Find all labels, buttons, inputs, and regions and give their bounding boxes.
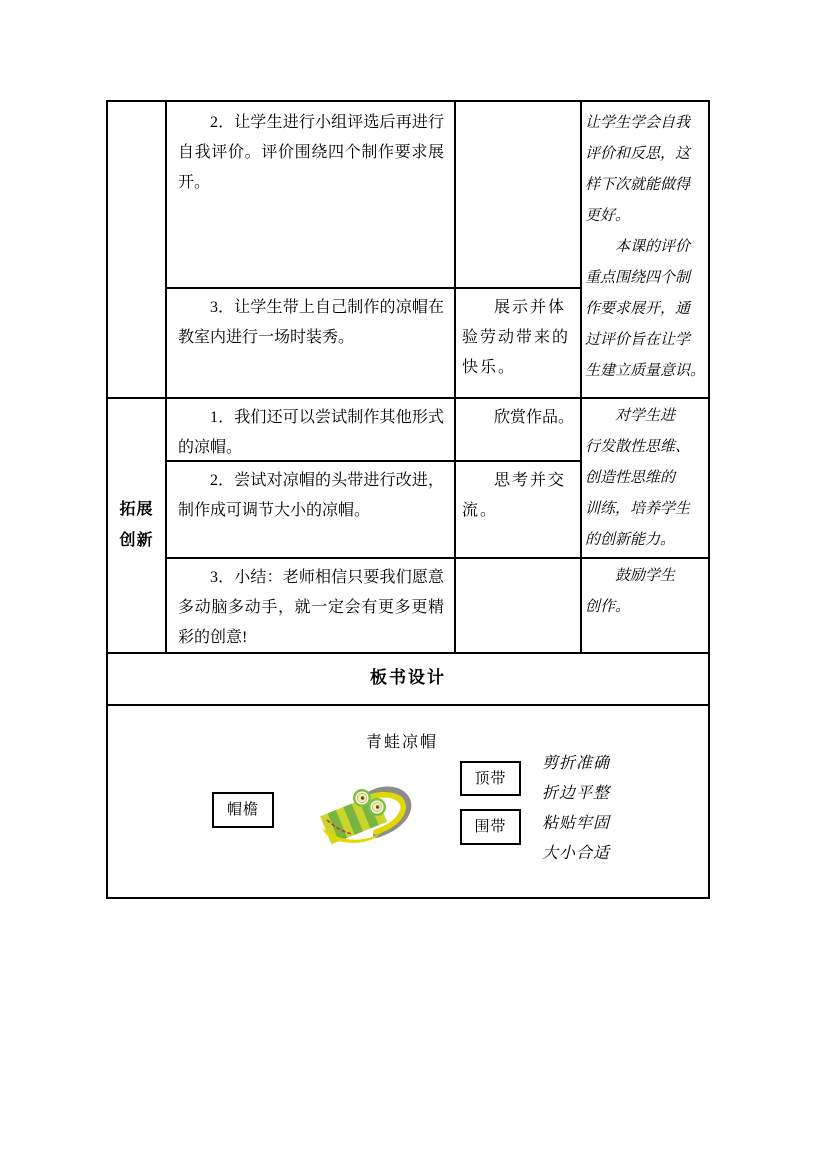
- section-header-expand-innovate: 拓展 创新: [108, 397, 165, 652]
- frog-hat-illustration: [318, 776, 420, 846]
- teaching-activity-fashion-show: 3．让学生带上自己制作的凉帽在教室内进行一场时装秀。: [166, 287, 454, 397]
- teaching-activity-improve-band: 2．尝试对凉帽的头带进行改进，制作成可调节大小的凉帽。: [166, 460, 454, 557]
- design-intent-creative-thinking: 对学生进 行发散性思维、 创造性思维的 训练，培养学生 的创新能力。: [581, 397, 708, 557]
- teaching-activity-summary: 3．小结：老师相信只要我们愿意多动脑多动手，就一定会有更多更精彩的创意!: [166, 557, 454, 652]
- label-side-band-text: 围带: [474, 812, 506, 842]
- making-criteria-list: 剪折准确 折边平整 粘贴牢固 大小合适: [542, 749, 610, 869]
- document-page: 2．让学生进行小组评选后再进行自我评价。评价围绕四个制作要求展开。 让学生学会自…: [0, 0, 827, 1170]
- label-box-brim: 帽檐: [212, 792, 274, 828]
- design-intent-paragraph: 本课的评价 重点围绕四个制 作要求展开，通 过评价旨在让学 生建立质量意识。: [585, 232, 706, 387]
- board-design-area: 青蛙凉帽 帽檐: [108, 704, 708, 897]
- design-intent-paragraph: 让学生学会自我 评价和反思，这 样下次就能做得 更好。: [585, 108, 706, 232]
- board-design-title: 板书设计: [108, 652, 708, 704]
- student-activity-appreciate: 欣赏作品。: [455, 397, 580, 460]
- label-box-side-band: 围带: [460, 809, 521, 845]
- design-intent-evaluation: 让学生学会自我 评价和反思，这 样下次就能做得 更好。 本课的评价 重点围绕四个…: [581, 102, 708, 397]
- teaching-activity-evaluation: 2．让学生进行小组评选后再进行自我评价。评价围绕四个制作要求展开。: [166, 102, 454, 287]
- student-activity-discuss: 思考并交 流。: [455, 460, 580, 557]
- label-top-band-text: 顶带: [474, 764, 506, 794]
- lesson-plan-table: 2．让学生进行小组评选后再进行自我评价。评价围绕四个制作要求展开。 让学生学会自…: [106, 100, 710, 899]
- student-activity-show: 展示并体 验劳动带来的 快乐。: [455, 287, 580, 397]
- frog-eye-right: [368, 798, 386, 816]
- design-intent-encourage: 鼓励学生 创作。: [581, 557, 708, 652]
- label-brim-text: 帽檐: [227, 795, 259, 825]
- label-box-top-band: 顶带: [460, 761, 521, 796]
- teaching-activity-other-hats: 1．我们还可以尝试制作其他形式的凉帽。: [166, 397, 454, 460]
- board-hat-title: 青蛙凉帽: [366, 728, 438, 758]
- frog-eye-left: [353, 789, 371, 807]
